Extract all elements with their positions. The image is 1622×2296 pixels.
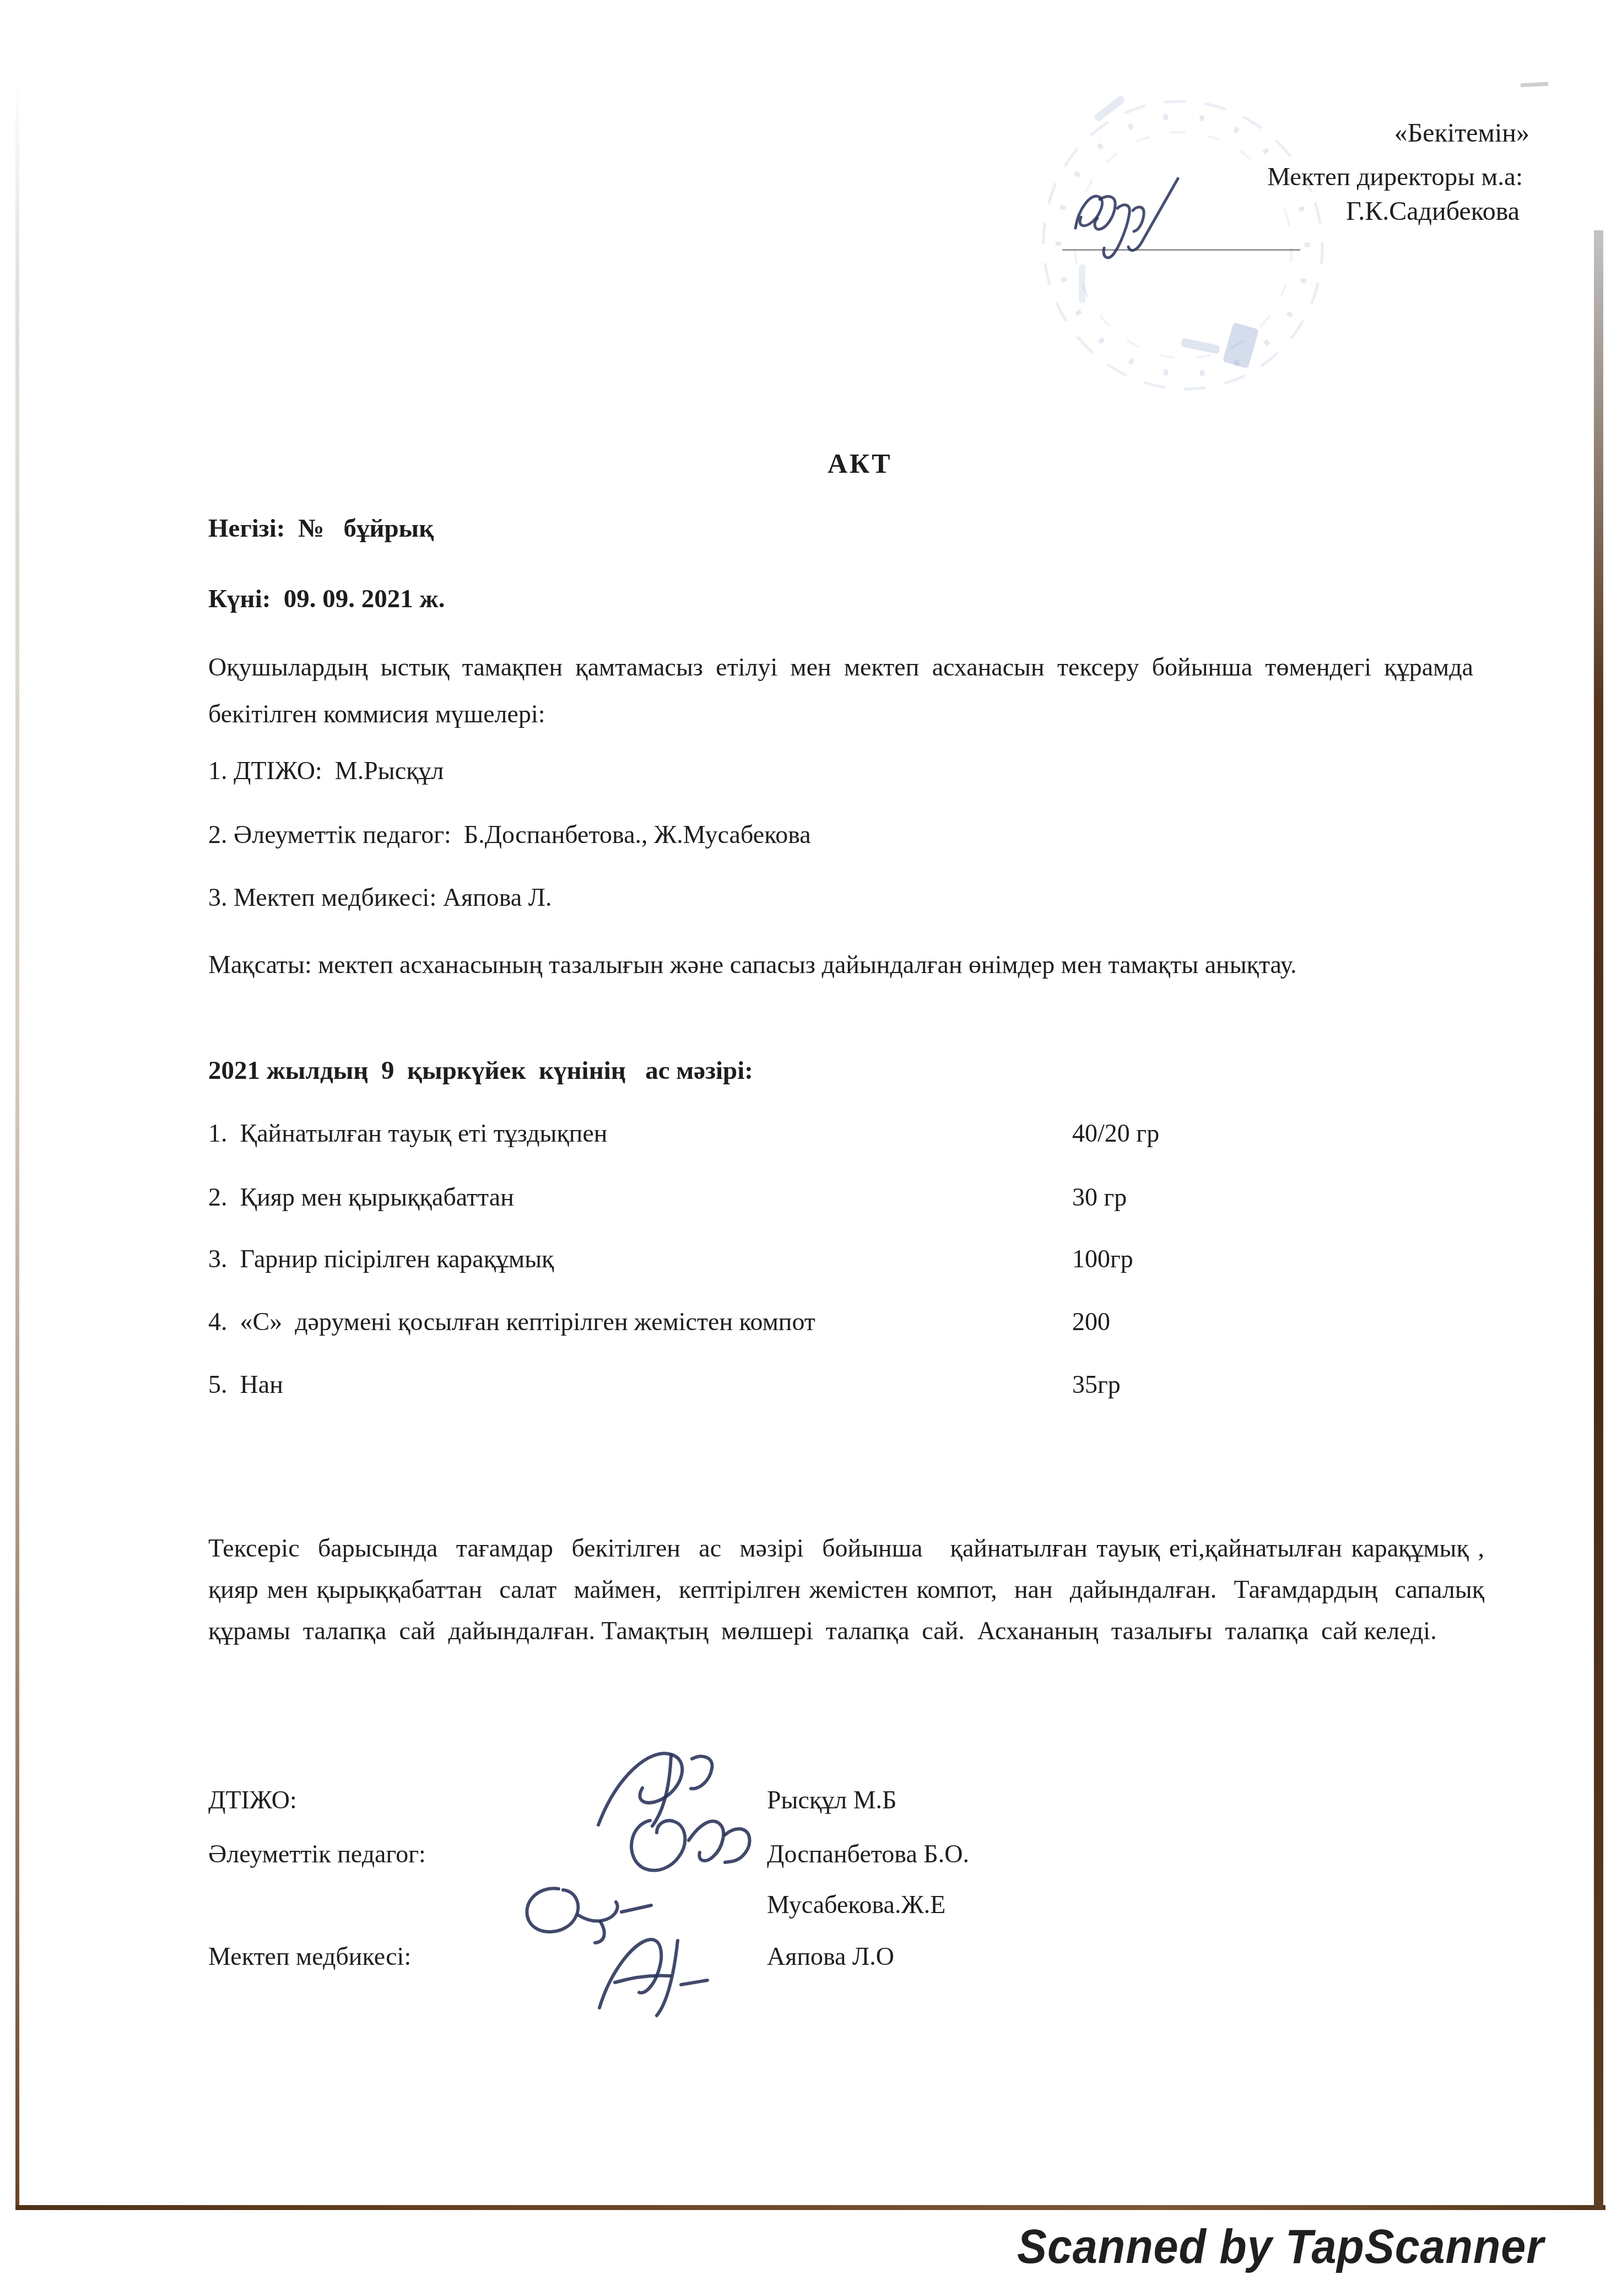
commission-member-1: 1. ДТІЖО: М.Рысқұл (208, 756, 444, 785)
commission-member-2: 2. Әлеуметтік педагог: Б.Доспанбетова., … (208, 820, 811, 849)
signoff-name: Мусабекова.Ж.Е (767, 1890, 945, 1919)
menu-item-amount: 30 гр (1072, 1182, 1127, 1212)
menu-item-amount: 40/20 гр (1072, 1119, 1159, 1148)
signoff-name: Доспанбетова Б.О. (767, 1839, 969, 1868)
signoff-role: Әлеуметтік педагог: (208, 1839, 426, 1868)
director-signature (1068, 175, 1222, 269)
approval-director-name: Г.К.Садибекова (1346, 196, 1520, 226)
menu-item-text: 1. Қайнатылған тауық еті тұздықпен (208, 1119, 607, 1147)
scan-edge-left-shadow (15, 77, 19, 2209)
signoff-role: ДТІЖО: (208, 1785, 297, 1814)
menu-item-amount: 35гр (1072, 1370, 1121, 1399)
scan-edge-bottom-border (15, 2205, 1605, 2210)
scanned-document-page: «Бекітемін» Мектеп директоры м.а: Г.К.Са… (0, 0, 1622, 2296)
basis-line: Негізі: № бұйрық (208, 514, 434, 543)
scan-smudge-mark (1521, 82, 1548, 88)
menu-item-text: 5. Нан (208, 1370, 283, 1398)
date-line: Күні: 09. 09. 2021 ж. (208, 584, 445, 614)
menu-item-text: 3. Гарнир пісірілген карақұмық (208, 1245, 554, 1273)
document-title: АКТ (828, 447, 893, 479)
intro-paragraph: Оқушылардың ыстық тамақпен қамтамасыз ет… (208, 644, 1473, 737)
tapscanner-watermark: Scanned by TapScanner (1017, 2218, 1544, 2275)
signoff-role: Мектеп медбикесі: (208, 1942, 411, 1971)
menu-item-amount: 200 (1072, 1307, 1110, 1336)
menu-item-text: 2. Қияр мен қырыққабаттан (208, 1183, 514, 1211)
menu-item-amount: 100гр (1072, 1244, 1133, 1273)
purpose-paragraph: Мақсаты: мектеп асханасының тазалығын жә… (208, 941, 1473, 988)
menu-item-text: 4. «С» дәрумені қосылған кептірілген жем… (208, 1308, 815, 1336)
menu-row: 4. «С» дәрумені қосылған кептірілген жем… (208, 1307, 1453, 1342)
approval-role: Мектеп директоры м.а: (1267, 162, 1523, 192)
menu-row: 2. Қияр мен қырыққабаттан 30 гр (208, 1182, 1453, 1218)
menu-row: 1. Қайнатылған тауық еті тұздықпен 40/20… (208, 1119, 1453, 1154)
signoff-name: Рысқұл М.Б (767, 1785, 897, 1814)
member-signature-4 (583, 1924, 748, 2021)
menu-heading: 2021 жылдың 9 қыркүйек күнінің ас мәзірі… (208, 1056, 753, 1085)
conclusion-paragraph: Тексеріс барысында тағамдар бекітілген а… (208, 1527, 1484, 1651)
menu-row: 3. Гарнир пісірілген карақұмық 100гр (208, 1244, 1453, 1279)
scan-edge-right-border (1594, 230, 1603, 2209)
commission-member-3: 3. Мектеп медбикесі: Аяпова Л. (208, 883, 552, 912)
approval-quote: «Бекітемін» (1394, 118, 1529, 148)
menu-row: 5. Нан 35гр (208, 1370, 1453, 1405)
signoff-name: Аяпова Л.О (767, 1942, 894, 1971)
